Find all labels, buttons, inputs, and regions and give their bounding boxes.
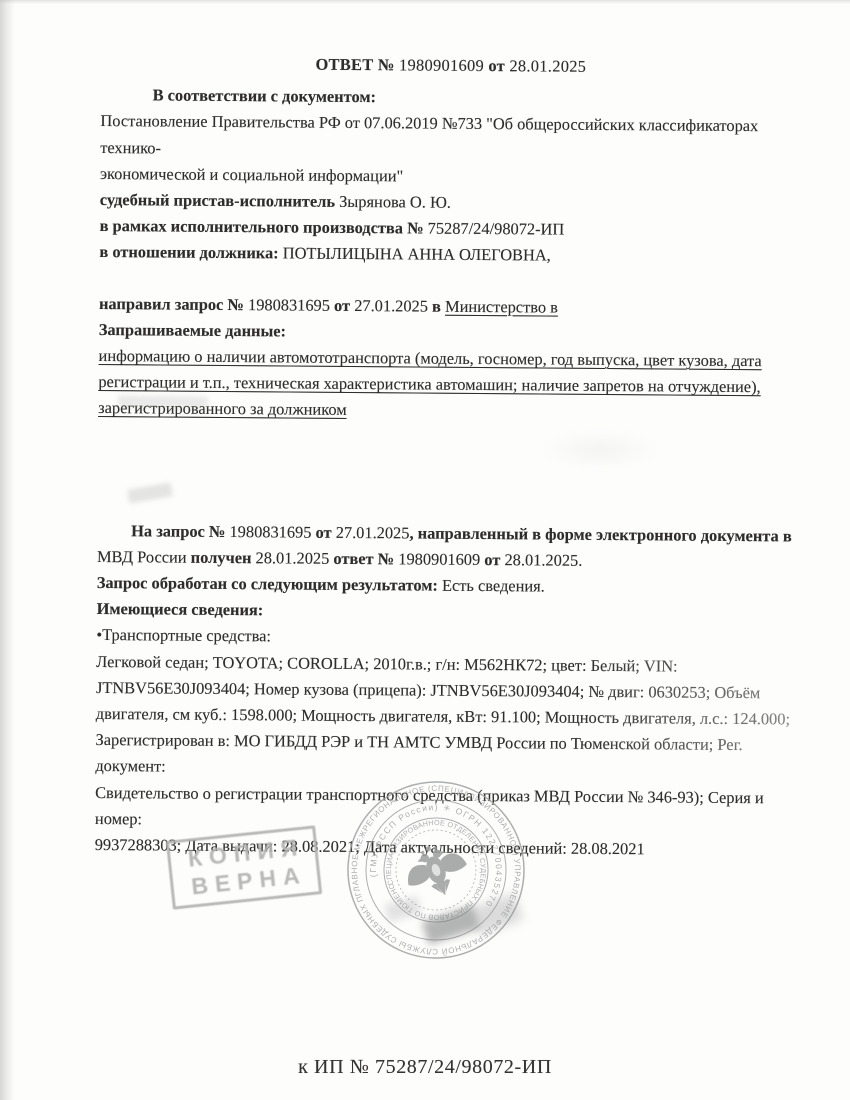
text-segment: Запрашиваемые данные:	[99, 320, 286, 340]
text-segment: ОТВЕТ №	[315, 55, 399, 75]
text-segment: получен	[191, 548, 256, 568]
text-segment: Имеющиеся сведения:	[97, 599, 264, 619]
text-segment: 28.01.2025.	[504, 550, 582, 570]
text-segment: Министерство в	[445, 296, 558, 316]
text-segment: 28.01.2025	[509, 56, 586, 76]
text-segment: 1980901609	[399, 55, 489, 75]
document-body: В соответствии с документом:Постановлени…	[95, 82, 801, 864]
text-segment: 27.01.2025	[336, 522, 410, 542]
text-segment: 1980901609	[398, 549, 484, 569]
text-segment: В соответствии с документом:	[153, 86, 377, 107]
text-segment: Зырянова О. Ю.	[339, 192, 451, 212]
document: ОТВЕТ № 1980901609 от 28.01.2025 В соотв…	[95, 50, 801, 864]
text-segment: от	[334, 295, 354, 314]
text-segment: ответ №	[333, 549, 398, 569]
official-round-seal: ГЛАВНОЕ МЕЖРЕГИОНАЛЬНОЕ (СПЕЦИАЛИЗИРОВАН…	[342, 776, 530, 964]
text-segment: в отношении должника:	[99, 242, 283, 262]
text-segment: Запрос обработан со следующим результато…	[97, 573, 442, 595]
footer-case-number: к ИП № 75287/24/98072-ИП	[0, 1056, 850, 1079]
text-segment: Есть сведения.	[442, 576, 545, 596]
text-segment: •Транспортные средства:	[96, 625, 271, 645]
text-segment: регистрации и т.п., техническая характер…	[98, 372, 760, 396]
scan-edge-shadow-left	[0, 0, 15, 1100]
text-segment: 28.01.2025	[255, 548, 333, 568]
text-segment: в	[432, 296, 445, 315]
regulation-line: Постановление Правительства РФ от 07.06.…	[100, 108, 801, 192]
text-segment: 1980831695	[248, 295, 334, 315]
text-segment: JTNBV56E30J093404; Номер кузова (прицепа…	[96, 678, 760, 702]
double-headed-eagle-emblem	[398, 836, 474, 906]
response-received-line: На запрос № 1980831695 от 27.01.2025, на…	[97, 518, 797, 576]
text-segment: На запрос №	[131, 521, 229, 541]
text-segment: информацию о наличии автомототранспорта …	[99, 346, 762, 370]
text-segment: 75287/24/98072-ИП	[428, 219, 565, 239]
text-segment: Постановление Правительства РФ от 07.06.…	[100, 111, 758, 157]
text-segment: от	[484, 550, 504, 569]
text-segment: двигателя, см куб.: 1598.000; Мощность д…	[96, 704, 790, 728]
text-segment: Зарегистрирован в: МО ГИБДД РЭР и ТН АМТ…	[95, 730, 742, 776]
requested-data-body: информацию о наличии автомототранспорта …	[98, 343, 799, 427]
scanned-document-page: { "page": { "background": "#fdfdfc", "in…	[0, 0, 850, 1100]
text-segment: зарегистрированного за должником	[98, 398, 347, 419]
debtor-line: в отношении должника: ПОТЫЛИЦЫНА АННА ОЛ…	[99, 239, 799, 271]
scan-edge-shadow-top	[0, 0, 850, 4]
text-segment: в рамках исполнительного производства №	[100, 216, 428, 238]
text-segment: направил запрос №	[99, 294, 248, 314]
document-title: ОТВЕТ № 1980901609 от 28.01.2025	[101, 50, 801, 82]
copy-verna-stamp: КОПИЯ ВЕРНА	[166, 825, 322, 909]
text-segment: судебный пристав-исполнитель	[100, 190, 339, 211]
text-segment: экономической и социальной информации"	[100, 164, 403, 185]
text-segment: , направленный в форме электронного доку…	[409, 523, 791, 545]
text-segment: ПОТЫЛИЦЫНА АННА ОЛЕГОВНА,	[283, 244, 551, 265]
text-segment: 1980831695	[229, 522, 315, 542]
text-segment: от	[488, 56, 509, 75]
text-segment: 27.01.2025	[354, 296, 432, 316]
text-segment: от	[316, 522, 336, 541]
text-segment: Легковой седан; TOYOTA; COROLLA; 2010г.в…	[96, 652, 678, 676]
text-segment: МВД России	[97, 547, 191, 567]
